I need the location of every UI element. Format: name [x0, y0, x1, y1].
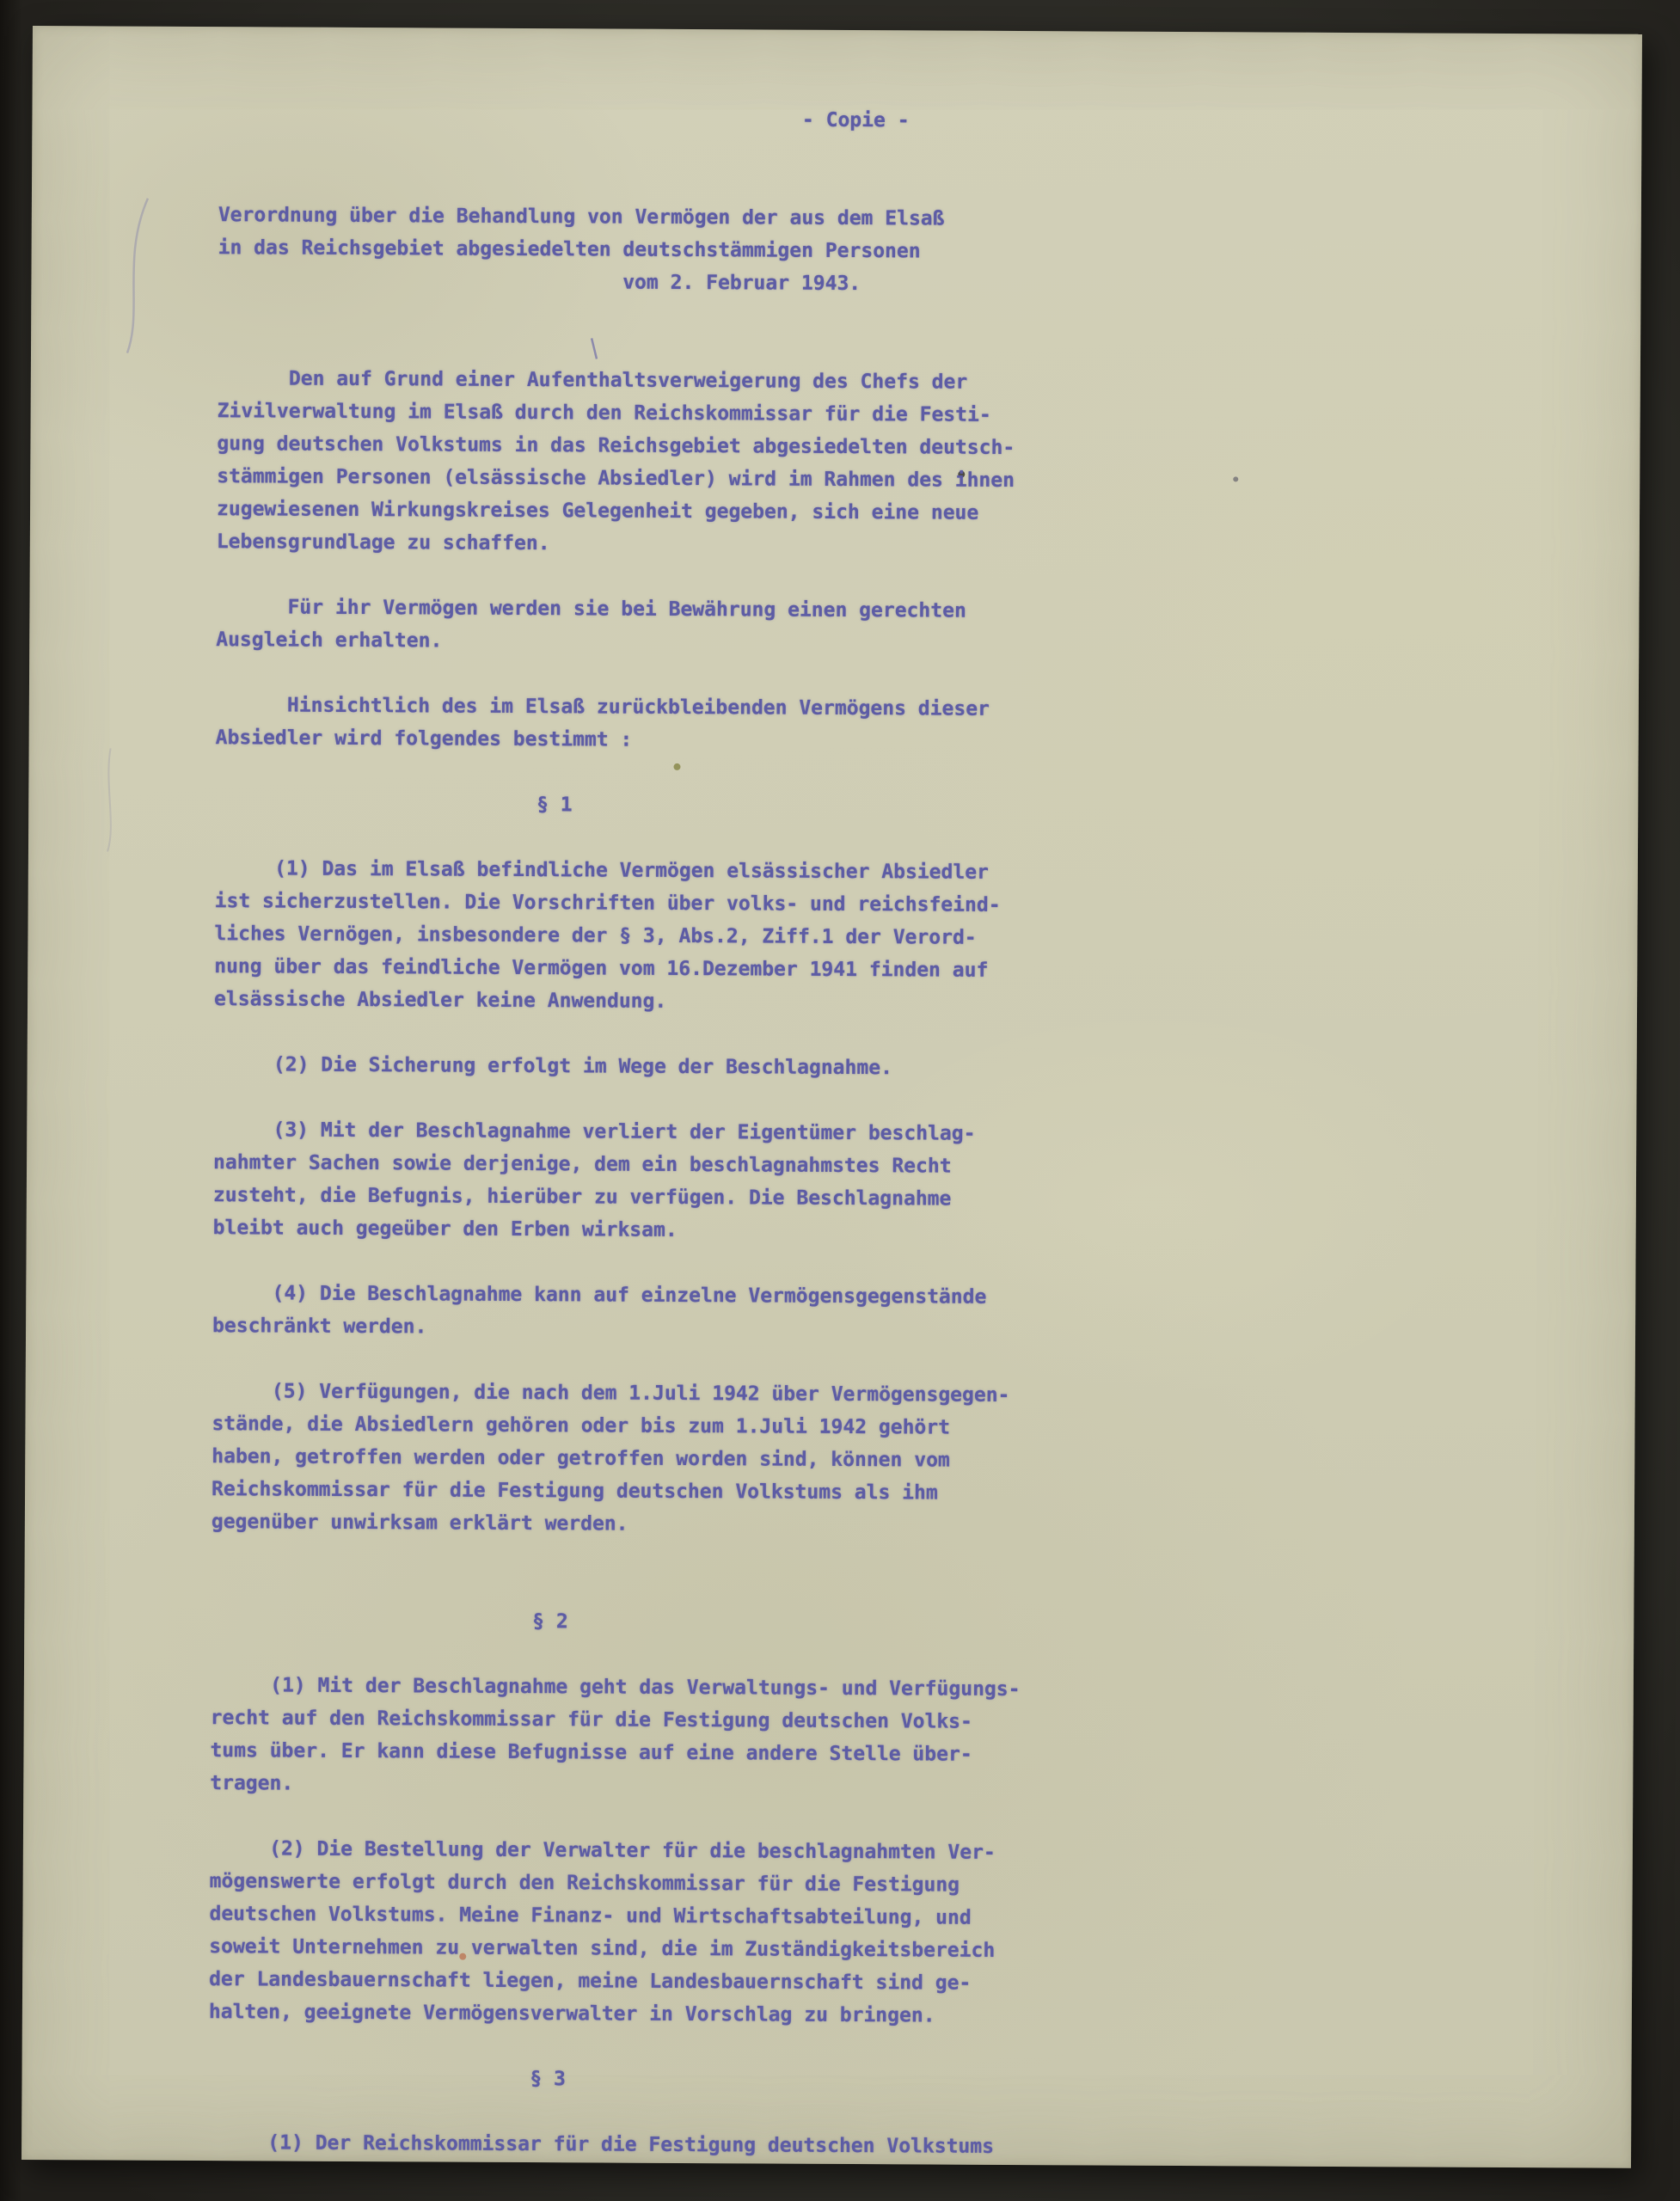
document-page: - Copie -Verordnung über die Behandlung …	[21, 26, 1642, 2168]
intro-paragraph: Den auf Grund einer Aufenthaltsverweiger…	[217, 362, 1554, 565]
provisions-intro-paragraph: Hinsichtlich des im Elsaß zurückbleibend…	[216, 689, 1553, 761]
document-line: elsässische Absiedler keine Anwendung.	[214, 983, 1551, 1022]
document-line: (1) Der Reichskommissar für die Festigun…	[208, 2126, 1545, 2166]
document-line: halten, geeignete Vermögensverwalter in …	[209, 1996, 1546, 2035]
document-line: tums über. Er kann diese Befugnisse auf …	[210, 1734, 1547, 1774]
document-line: beschränkt werden.	[212, 1309, 1549, 1349]
document-line: gegenüber unwirksam erklärt werden.	[212, 1505, 1548, 1545]
section-1-para-5: (5) Verfügungen, die nach dem 1.Juli 194…	[212, 1375, 1549, 1545]
document-line: § 1	[215, 787, 1552, 826]
section-2-para-2: (2) Die Bestellung der Verwalter für die…	[209, 1832, 1547, 2035]
document-text: - Copie -Verordnung über die Behandlung …	[21, 26, 1642, 2167]
document-line: tragen.	[210, 1767, 1547, 1806]
section-2-heading: § 2	[211, 1603, 1548, 1643]
section-1-para-3: (3) Mit der Beschlagnahme verliert der E…	[213, 1113, 1551, 1251]
scan-background: - Copie -Verordnung über die Behandlung …	[0, 0, 1680, 2201]
document-line: § 3	[208, 2061, 1545, 2100]
document-line: Ausgleich erhalten.	[216, 623, 1553, 663]
document-line: - Copie -	[218, 101, 1555, 140]
document-line: § 2	[211, 1603, 1548, 1643]
section-1-para-1: (1) Das im Elsaß befindliche Vermögen el…	[214, 852, 1552, 1022]
compensation-paragraph: Für ihr Vermögen werden sie bei Bewährun…	[216, 591, 1553, 663]
title: Verordnung über die Behandlung von Vermö…	[218, 199, 1555, 303]
copy-label: - Copie -	[218, 101, 1555, 140]
section-1-para-4: (4) Die Beschlagnahme kann auf einzelne …	[212, 1277, 1549, 1349]
section-2-para-1: (1) Mit der Beschlagnahme geht das Verwa…	[210, 1669, 1548, 1806]
document-line: (2) Die Sicherung erfolgt im Wege der Be…	[214, 1048, 1551, 1088]
document-line: vom 2. Februar 1943.	[218, 264, 1554, 303]
document-line: Lebensgrundlage zu schaffen.	[217, 525, 1554, 565]
section-3-heading: § 3	[208, 2061, 1545, 2100]
section-3-para-1: (1) Der Reichskommissar für die Festigun…	[208, 2126, 1545, 2166]
section-1-para-2: (2) Die Sicherung erfolgt im Wege der Be…	[214, 1048, 1551, 1088]
section-1-heading: § 1	[215, 787, 1552, 826]
document-line: bleibt auch gegeüber den Erben wirksam.	[213, 1211, 1550, 1251]
document-line: Absiedler wird folgendes bestimmt :	[216, 721, 1553, 761]
